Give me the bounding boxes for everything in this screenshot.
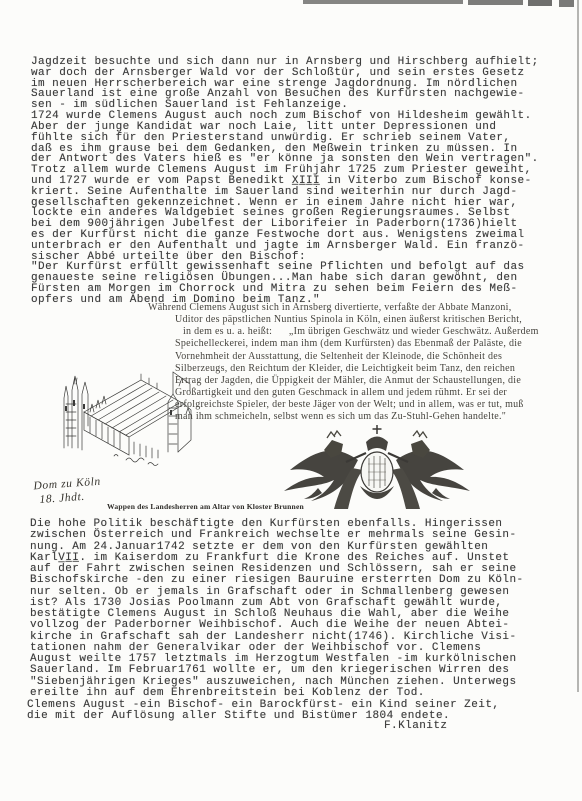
text-line: 1724 wurde Clemens August auch noch zum … [31, 110, 539, 121]
text-line: daß es ihm grause bei dem Gedanken, den … [31, 143, 539, 154]
coat-of-arms-illustration [272, 420, 482, 515]
text-line: bei dem 900jährigen Jubelfest der Libori… [31, 218, 539, 229]
text-line: Trotz allem wurde Clemens August im Früh… [31, 164, 539, 175]
text-line: Großartigkeit und den guten Geschmack in… [148, 387, 558, 399]
text-line: ereilte ihn auf dem Ehrenbreitstein bei … [30, 687, 524, 698]
text-line: KarlV̲I̲I̲. im Kaiserdom zu Frankfurt di… [30, 552, 524, 563]
text-line: unterbrach er den Aufenthalt und jagte i… [31, 240, 539, 251]
text-line: Silberzeugs, den Reichtum der Kleider, d… [148, 363, 558, 375]
text-line: vollzog der Paderborner Weihbischof. Auc… [30, 619, 524, 630]
main-text-block-1: Jagdzeit besuchte und sich dann nur in A… [31, 56, 539, 305]
text-line: im neuen Herrscherbereich war eine stren… [31, 78, 539, 89]
text-line: Vornehmheit der Ausstattung, die Seltenh… [148, 351, 558, 363]
text-line: tationen nahm der Generalvikar oder der … [30, 642, 524, 653]
scanned-document-page: Jagdzeit besuchte und sich dann nur in A… [0, 0, 582, 801]
text-line: lockte ein anderes Waldgebiet seines gro… [31, 207, 539, 218]
text-line: Speichelleckerei, indem man ihm (dem Kur… [148, 338, 558, 350]
text-line: und 1727 wurde er vom Papst Benedikt X̲I… [31, 175, 539, 186]
text-line: Die hohe Politik beschäftigte den Kurfür… [30, 518, 524, 529]
text-line: bestätigte Clemens August in Schloß Neuh… [30, 608, 524, 619]
main-text-block-2: Die hohe Politik beschäftigte den Kurfür… [30, 518, 524, 698]
text-line: ist? Als 1730 Josias Poolmann zum Abt vo… [30, 597, 524, 608]
closing-paragraph: Clemens August -ein Bischof- ein Barockf… [27, 699, 499, 722]
text-line: in dem es u. a. heißt: „Im übrigen Gesch… [148, 326, 558, 338]
text-line: fühlte sich für den Priesterstand unwürd… [31, 132, 539, 143]
text-line: Fürsten am Morgen im Chorrock und Mitra … [31, 283, 539, 294]
text-line: Sauerland. Im Februar1761 wollte er, um … [30, 664, 524, 675]
text-line: war doch der Arnsberger Wald vor der Sch… [31, 67, 539, 78]
author-signature: F.Klanitz [384, 720, 447, 732]
cathedral-sketch [30, 360, 208, 488]
text-line: Ertrag der Jagden, die Üppigkeit der Mäh… [148, 375, 558, 387]
scan-artifact-bar [303, 0, 463, 4]
text-line: genaueste seine religiösen Übungen...Man… [31, 272, 539, 283]
text-line: es der Kurfürst nicht die ganze Festwoch… [31, 229, 539, 240]
scan-artifact-bar [468, 0, 523, 5]
text-line: "Der Kurfürst erfüllt gewissenhaft seine… [31, 261, 539, 272]
text-line: Clemens August -ein Bischof- ein Barockf… [27, 699, 499, 710]
text-line: Während Clemens August sich in Arnsberg … [148, 302, 558, 314]
scan-artifact-bar [559, 0, 574, 7]
coat-of-arms-caption: Wappen des Landesherren am Altar von Klo… [107, 502, 304, 511]
text-line: nung. Am 24.Januar1742 setzte er dem von… [30, 541, 524, 552]
text-line: Jagdzeit besuchte und sich dann nur in A… [31, 56, 539, 67]
text-line: erfolgreichste Spieler, der beste Jäger … [148, 399, 558, 411]
text-line: gesellschaften gekennzeichnet. Wenn er i… [31, 197, 539, 208]
text-line: kriert. Seine Aufenthalte im Sauerland s… [31, 186, 539, 197]
text-line: August weilte 1757 letztmals im Herzogtu… [30, 653, 524, 664]
text-line: sischer Abbé urteilte über den Bischof: [31, 251, 539, 262]
text-line: auf der Fahrt zwischen seinen Residenzen… [30, 563, 524, 574]
text-line: sen - im südlichen Sauerland ist Fehlanz… [31, 99, 539, 110]
cathedral-sketch-note: Dom zu Köln 18. Jhdt. [33, 475, 102, 508]
text-line: Aber der junge Kandidat war noch Laie, l… [31, 121, 539, 132]
abbate-quote-block: Während Clemens August sich in Arnsberg … [148, 302, 558, 423]
page-edge-shadow [577, 0, 579, 692]
text-line: zwischen Österreich und Frankreich wechs… [30, 529, 524, 540]
text-line: "Siebenjährigen Krieges" auszuweichen, n… [30, 676, 524, 687]
text-line: Sauerland ist eine große Anzahl von Besu… [31, 88, 539, 99]
text-line: der Antwort des Vaters hieß es "er könne… [31, 153, 539, 164]
text-line: kirche in Grafschaft sah der Landesherr … [30, 631, 524, 642]
text-line: nur selten. Ob er jemals in Grafschaft o… [30, 586, 524, 597]
scan-artifact-bar [528, 0, 552, 6]
text-line: Uditor des päpstlichen Nuntius Spinola i… [148, 314, 558, 326]
text-line: Bischofskirche -den zu einer riesigen Ba… [30, 574, 524, 585]
